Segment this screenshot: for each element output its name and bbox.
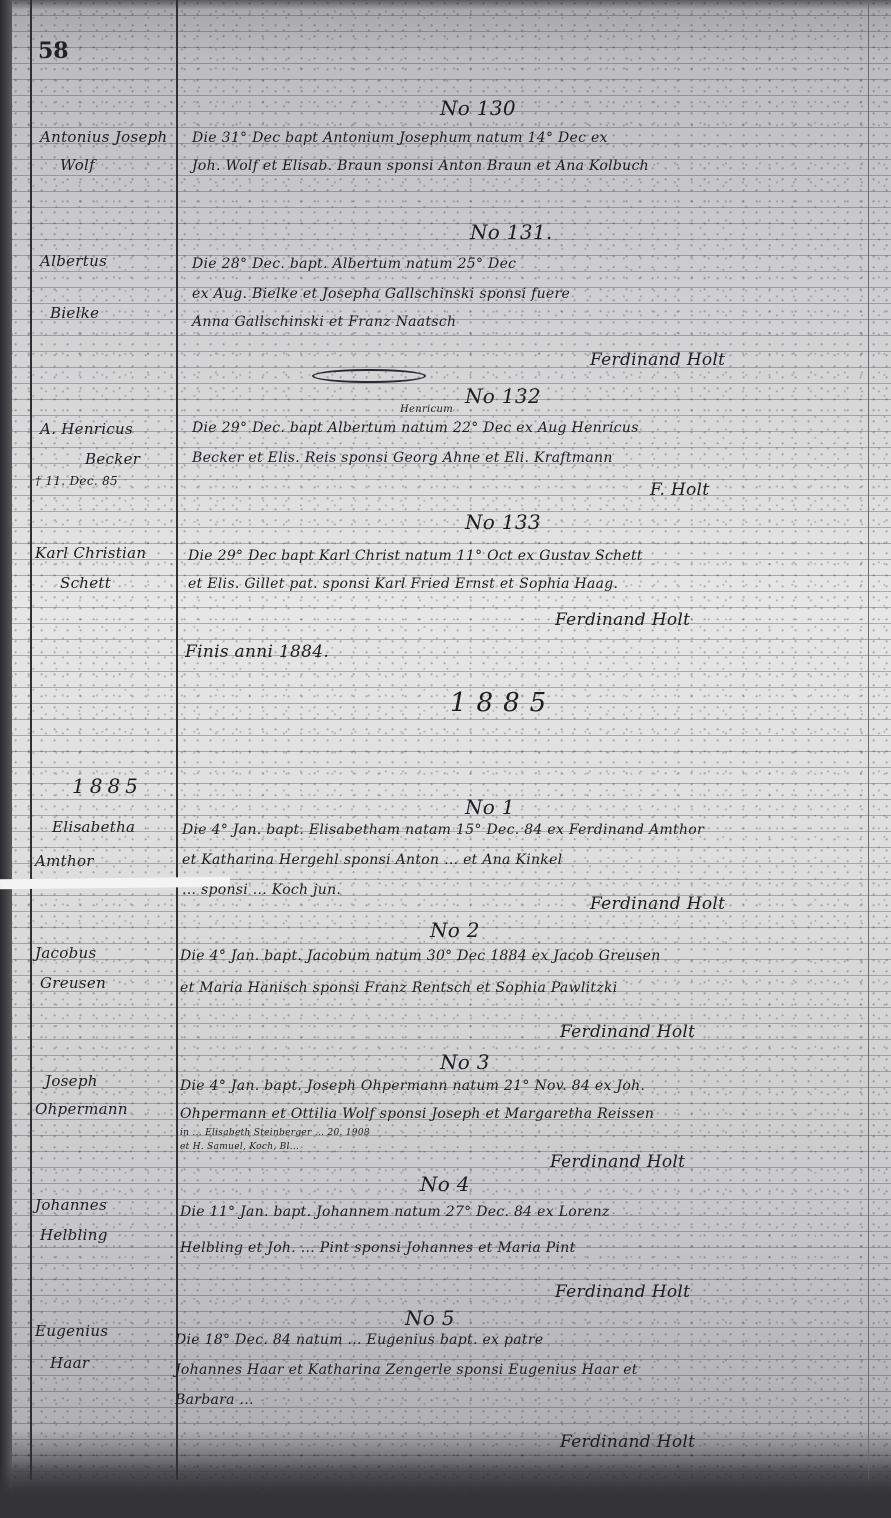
margin-name: Joseph: [45, 1072, 98, 1090]
entry-number: No 4: [420, 1172, 470, 1196]
entry-line: et Katharina Hergehl sponsi Anton ... et…: [182, 852, 562, 868]
margin-year: 1885: [72, 774, 143, 798]
margin-name: Antonius Joseph: [40, 128, 168, 146]
scan-bottom-shadow: [0, 1463, 891, 1518]
entry-line: Johannes Haar et Katharina Zengerle spon…: [175, 1362, 638, 1378]
margin-name: Greusen: [40, 974, 106, 992]
entry-line: Die 18° Dec. 84 natum ... Eugenius bapt.…: [175, 1332, 543, 1348]
entry-number: No 1: [465, 795, 515, 819]
entry-number: No 130: [440, 96, 516, 120]
right-margin-rule: [868, 0, 869, 1480]
page-number: 58: [38, 38, 69, 64]
entry-line: Die 4° Jan. bapt. Elisabetham natam 15° …: [182, 822, 704, 838]
entry-line: Die 31° Dec bapt Antonium Josephum natum…: [192, 130, 608, 146]
year-heading: 1885: [450, 688, 556, 718]
entry-line: Joh. Wolf et Elisab. Braun sponsi Anton …: [192, 158, 649, 174]
priest-signature: F. Holt: [650, 480, 709, 500]
superscript-correction: Henricum: [400, 404, 453, 415]
entry-line: Anna Gallschinski et Franz Naatsch: [192, 314, 456, 330]
name-column-rule: [176, 0, 178, 1480]
priest-signature: Ferdinand Holt: [590, 350, 725, 370]
year-end-note: Finis anni 1884.: [185, 642, 329, 662]
entry-line: Becker et Elis. Reis sponsi Georg Ahne e…: [192, 450, 613, 466]
priest-signature: Ferdinand Holt: [555, 610, 690, 630]
margin-name: A. Henricus: [40, 420, 133, 438]
entry-line: et Elis. Gillet pat. sponsi Karl Fried E…: [188, 576, 618, 592]
margin-name: Becker: [85, 450, 140, 468]
margin-name: Karl Christian: [35, 544, 146, 562]
entry-line: Die 11° Jan. bapt. Johannem natum 27° De…: [180, 1204, 610, 1220]
entry-line: Helbling et Joh. ... Pint sponsi Johanne…: [180, 1240, 576, 1256]
entry-line: Die 29° Dec bapt Karl Christ natum 11° O…: [188, 548, 643, 564]
entry-line: et Maria Hanisch sponsi Franz Rentsch et…: [180, 980, 618, 996]
page-binding-edge: [0, 0, 12, 1518]
entry-number: No 133: [465, 510, 541, 534]
priest-signature: Ferdinand Holt: [555, 1282, 690, 1302]
priest-signature: Ferdinand Holt: [550, 1152, 685, 1172]
entry-number: No 132: [465, 384, 541, 408]
scan-noise: [0, 0, 891, 1518]
marginal-annotation: in ... Elisabeth Steinberger ... 20. 190…: [180, 1128, 370, 1138]
entry-line: Die 4° Jan. bapt. Jacobum natum 30° Dec …: [180, 948, 661, 964]
margin-name: Elisabetha: [52, 818, 135, 836]
entry-line: ... sponsi ... Koch jun.: [182, 882, 341, 898]
marginal-annotation: et H. Samuel, Koch, Bl...: [180, 1142, 299, 1152]
entry-number: No 131.: [470, 220, 553, 244]
margin-name: Amthor: [35, 852, 94, 870]
death-note: † 11. Dec. 85: [35, 474, 118, 488]
entry-line: Die 29° Dec. bapt Albertum natum 22° Dec…: [192, 420, 639, 436]
margin-name: Schett: [60, 574, 111, 592]
margin-name: Eugenius: [35, 1322, 108, 1340]
entry-line: Barbara ...: [175, 1392, 254, 1408]
margin-name: Haar: [50, 1354, 89, 1372]
register-page: 58 No 130 Antonius Joseph Wolf Die 31° D…: [0, 0, 891, 1518]
entry-line: Die 28° Dec. bapt. Albertum natum 25° De…: [192, 256, 516, 272]
margin-name: Ohpermann: [35, 1100, 128, 1118]
entry-number: No 5: [405, 1306, 455, 1330]
margin-name: Jacobus: [35, 944, 96, 962]
entry-line: Ohpermann et Ottilia Wolf sponsi Joseph …: [180, 1106, 654, 1122]
outer-margin-rule: [30, 0, 32, 1480]
entry-number: No 2: [430, 918, 480, 942]
margin-name: Wolf: [60, 156, 95, 174]
flourish-divider: [312, 369, 426, 383]
margin-name: Albertus: [40, 252, 107, 270]
margin-name: Bielke: [50, 304, 99, 322]
entry-line: Die 4° Jan. bapt. Joseph Ohpermann natum…: [180, 1078, 645, 1094]
entry-line: ex Aug. Bielke et Josepha Gallschinski s…: [192, 286, 570, 302]
priest-signature: Ferdinand Holt: [560, 1432, 695, 1452]
margin-name: Johannes: [35, 1196, 107, 1214]
entry-number: No 3: [440, 1050, 490, 1074]
priest-signature: Ferdinand Holt: [590, 894, 725, 914]
priest-signature: Ferdinand Holt: [560, 1022, 695, 1042]
margin-name: Helbling: [40, 1226, 108, 1244]
